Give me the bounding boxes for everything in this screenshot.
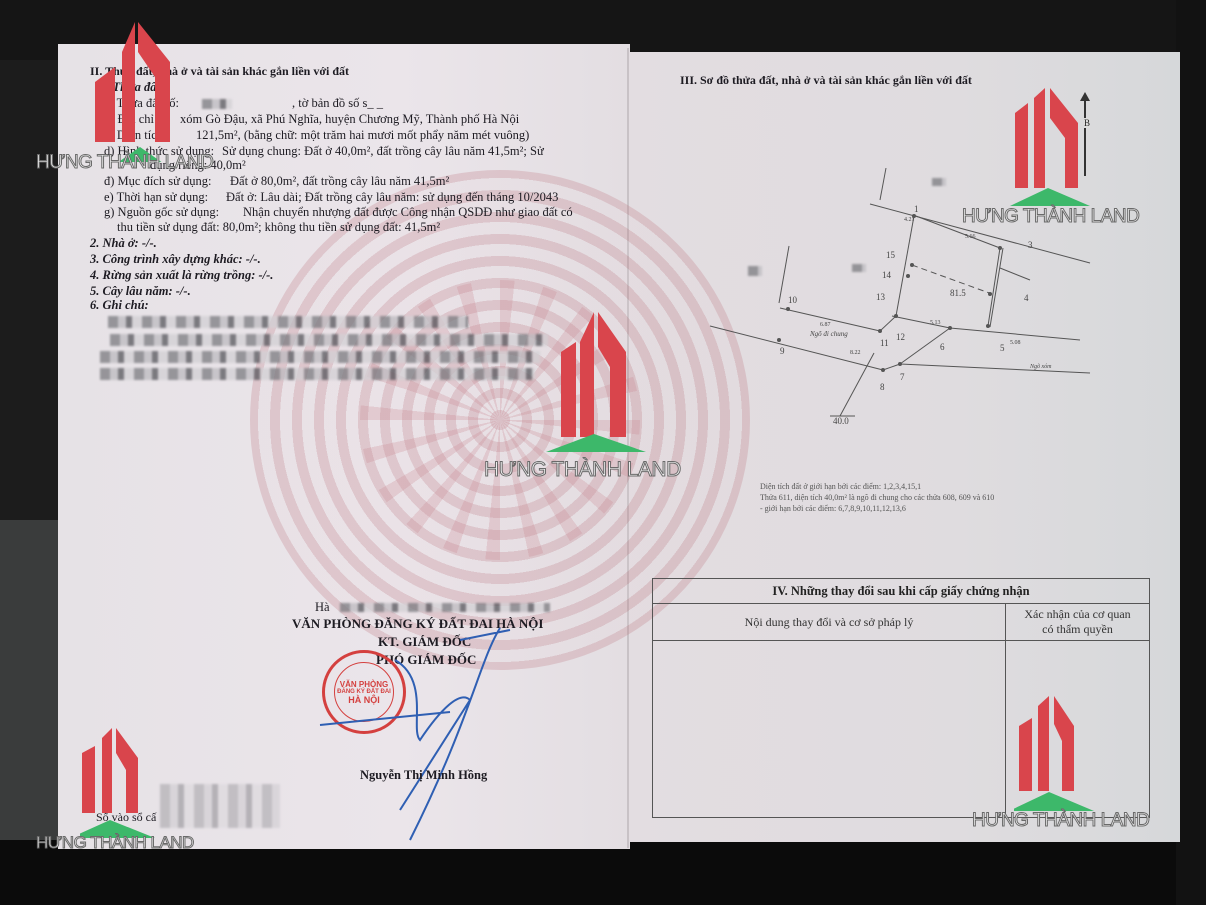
svg-text:5.66: 5.66 [965,234,976,240]
svg-text:Ngõ xóm: Ngõ xóm [1029,364,1052,370]
neighbor-label-blurred-1 [932,178,946,186]
map-sheet-label: , tờ bản đồ số s_ _ [292,96,383,111]
land-heading: 1. Thửa đất: [100,80,164,95]
date-blurred [340,603,550,612]
parcel-number-blurred [202,99,232,109]
svg-text:12: 12 [896,332,905,342]
parcel-number-label: a) Thửa đất số: [104,96,179,111]
svg-text:4.21: 4.21 [904,217,915,223]
notes-blurred-line-2 [110,334,548,346]
purpose-label: đ) Mục đích sử dụng: [104,174,211,189]
background-bottom [0,840,1206,905]
svg-text:7: 7 [900,372,905,382]
signer-name: Nguyễn Thị Minh Hồng [360,768,487,783]
svg-text:5.13: 5.13 [930,320,941,326]
notes-blurred-line-4 [100,368,535,380]
svg-text:1: 1 [914,204,919,214]
svg-text:15: 15 [886,250,896,260]
changes-confirmation-cell [1006,641,1149,817]
perennial-trees-item: 5. Cây lâu năm: -/-. [90,284,191,299]
plot-note-3: - giới hạn bởi các điểm: 6,7,8,9,10,11,1… [760,504,906,513]
changes-content-cell [653,641,1006,817]
north-label: B [1084,118,1090,128]
area-value: 121,5m², (bằng chữ: một trăm hai mươi mố… [196,128,529,143]
signature-scribble [300,620,540,850]
term-value: Đất ở: Lâu dài; Đất trồng cây lâu năm: s… [226,190,558,205]
other-works-item: 3. Công trình xây dựng khác: -/-. [90,252,261,267]
section-ii-title: II. Thửa đất, nhà ở và tài sản khác gắn … [90,64,349,79]
confirmation-header-line-1: Xác nhận của cơ quan [1006,607,1149,622]
page-fold [627,48,629,848]
notes-blurred-line-3 [100,351,540,363]
neighbor-label-blurred-3 [852,264,866,272]
house-item: 2. Nhà ở: -/-. [90,236,157,251]
area-label: c) Diện tích: [104,128,166,143]
section-iii-title: III. Sơ đồ thửa đất, nhà ở và tài sản kh… [680,73,972,88]
plot-note-1: Diện tích đất ở giới hạn bởi các điểm: 1… [760,482,921,491]
usage-form-value: Sử dụng chung: Đất ở 40,0m², đất trồng c… [222,144,544,159]
north-arrow-shaft [1084,98,1086,176]
svg-text:13: 13 [876,292,886,302]
svg-text:10: 10 [788,295,798,305]
svg-text:6: 6 [940,342,945,352]
address-label: b) Địa chỉ: [104,112,157,127]
planted-forest-item: 4. Rừng sản xuất là rừng trồng: -/-. [90,268,273,283]
changes-col-content: Nội dung thay đổi và cơ sở pháp lý [653,604,1006,640]
confirmation-header-line-2: có thẩm quyền [1006,622,1149,637]
background-right [1176,0,1206,905]
address-value: xóm Gò Đậu, xã Phú Nghĩa, huyện Chương M… [180,112,519,127]
svg-text:14: 14 [882,270,892,280]
notes-heading: 6. Ghi chú: [90,298,149,313]
svg-text:5.08: 5.08 [1010,340,1021,346]
neighbor-label-blurred-2 [748,266,762,276]
changes-col-confirmation: Xác nhận của cơ quan có thẩm quyền [1006,604,1149,640]
svg-text:5: 5 [1000,343,1005,353]
origin-value-cont: thu tiền sử dụng đất: 80,0m²; không thu … [117,220,440,235]
svg-text:8: 8 [880,382,885,392]
origin-label: g) Nguồn gốc sử dụng: [104,205,219,220]
usage-form-value-cont: dụng riêng: 40,0m² [150,158,246,173]
svg-text:9: 9 [780,346,785,356]
svg-text:6.87: 6.87 [820,322,831,328]
main-area-label: 81.5 [950,288,966,298]
term-label: e) Thời hạn sử dụng: [104,190,208,205]
notes-blurred-line-1 [108,316,468,328]
svg-text:3: 3 [1028,240,1033,250]
origin-value: Nhận chuyển nhượng đất được Công nhận QS… [243,205,573,220]
purpose-value: Đất ở 80,0m², đất trồng cây lâu năm 41,5… [230,174,449,189]
register-number-blurred [160,784,280,828]
svg-text:11: 11 [880,338,889,348]
changes-table: IV. Những thay đổi sau khi cấp giấy chứn… [652,578,1150,818]
register-number-label: Số vào sổ cấ [96,810,156,825]
svg-text:Ngõ đi chung: Ngõ đi chung [809,330,848,338]
place-date-label: Hà [315,600,330,615]
usage-form-label: d) Hình thức sử dụng: [104,144,214,159]
changes-table-title: IV. Những thay đổi sau khi cấp giấy chứn… [653,579,1149,604]
parcel-diagram: 134 567 8910 111213 1415 4.215.66 5.085.… [700,168,1100,438]
plot-note-2: Thửa 611, diện tích 40,0m² là ngõ đi chu… [760,493,994,502]
svg-text:8.22: 8.22 [850,350,861,356]
svg-text:4: 4 [1024,293,1029,303]
lane-area-label: 40.0 [833,416,849,426]
background-left [0,520,60,840]
